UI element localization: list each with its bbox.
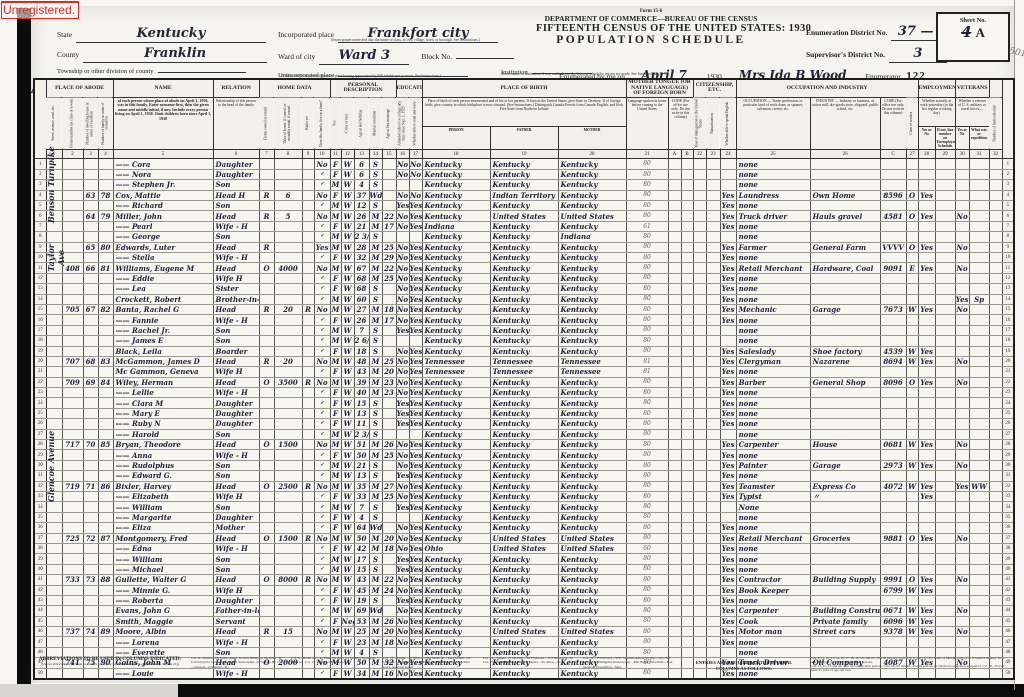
cell-rel: Head H <box>213 190 259 200</box>
cell-ocd <box>880 471 906 481</box>
abbreviation-note: Col. 13—Single....S Married....M Widowed… <box>483 656 578 669</box>
cell-o: O <box>259 533 274 543</box>
cell-ind <box>810 315 880 325</box>
cell-ul <box>935 523 955 533</box>
cell-ul <box>935 502 955 512</box>
cell-am <box>382 294 396 304</box>
cell-v <box>274 491 302 501</box>
cell-wk: Yes <box>918 481 935 491</box>
cell-v <box>274 325 302 335</box>
cell-am: 24 <box>382 585 396 595</box>
cell-cl <box>906 336 918 346</box>
cell-nm: —— Michael <box>113 564 213 574</box>
cell-pb: Kentucky <box>422 419 490 429</box>
cell-s <box>396 512 409 522</box>
cell-fn <box>989 388 1002 398</box>
cell-nm: —— Lorena <box>113 637 213 647</box>
cell-pf: Kentucky <box>490 346 558 356</box>
column-number: 3 <box>83 150 98 159</box>
cell-s <box>396 429 409 439</box>
cell-dw <box>83 512 98 522</box>
cell-pm: Kentucky <box>558 284 626 294</box>
cell-ln: 36 <box>34 523 46 533</box>
cell-am <box>382 460 396 470</box>
cell-a: 64 <box>354 523 369 533</box>
cell-en: Yes <box>720 315 736 325</box>
cell-occ: none <box>736 543 810 553</box>
cell-fm: ✓ <box>314 616 330 626</box>
cell-s: Yes <box>396 408 409 418</box>
cell-ul <box>935 180 955 190</box>
cell-m: S <box>369 419 382 429</box>
cell-c: W <box>341 180 354 190</box>
cell-c: W <box>341 294 354 304</box>
cell-cd: 80 <box>626 460 668 470</box>
cell-s: No <box>396 221 409 231</box>
cell-ra <box>302 336 314 346</box>
column-header-h: House number (in cities or towns) <box>62 97 83 150</box>
cell-rel: Wife - H <box>213 253 259 263</box>
cell-cl <box>906 564 918 574</box>
street-name: Taylor Ave <box>46 237 60 279</box>
group-header: MOTHER TONGUE (OR NATIVE LANGUAGE) OF FO… <box>626 79 693 97</box>
cell-rd: No <box>409 159 422 169</box>
cell-pb: Kentucky <box>422 575 490 585</box>
cell-f <box>98 523 113 533</box>
abbreviations-title: ABBREVIATIONS TO BE USED IN COLUMNS INDI… <box>35 656 185 666</box>
cell-vt <box>955 346 969 356</box>
cell-wr <box>969 180 989 190</box>
cell-s: No <box>396 440 409 450</box>
cell-m: M <box>369 575 382 585</box>
cell-ocd <box>880 408 906 418</box>
cell-a: 51 <box>354 440 369 450</box>
cell-wr <box>969 201 989 211</box>
cell-im <box>693 201 706 211</box>
cell-wk: Yes <box>918 606 935 616</box>
cell-f: 85 <box>98 440 113 450</box>
cell-cl <box>906 491 918 501</box>
cell-cd: 81 <box>626 356 668 366</box>
cell-nm: Edwards, Luter <box>113 242 213 252</box>
cell-v <box>274 180 302 190</box>
cell-na <box>706 284 720 294</box>
cell-na <box>706 232 720 242</box>
cell-rel: Head <box>213 242 259 252</box>
cell-en: Yes <box>720 304 736 314</box>
cell-ln: 12 <box>34 273 46 283</box>
cell-sx: F <box>330 221 341 231</box>
cell-h <box>62 180 83 190</box>
cell-cb <box>681 242 693 252</box>
cell-ra <box>302 169 314 179</box>
cell-pb: Kentucky <box>422 159 490 169</box>
cell-na <box>706 523 720 533</box>
cell-im <box>693 502 706 512</box>
cell-wr <box>969 637 989 647</box>
cell-en: Yes <box>720 273 736 283</box>
cell-wk <box>918 512 935 522</box>
cell-wk <box>918 180 935 190</box>
column-header-dw: Number of dwelling house in order of vis… <box>83 97 98 150</box>
cell-wk: Yes <box>918 533 935 543</box>
cell-ca <box>668 315 681 325</box>
cell-fm: No <box>314 481 330 491</box>
cell-en: Yes <box>720 564 736 574</box>
cell-h <box>62 606 83 616</box>
cell-s: Yes <box>396 564 409 574</box>
cell-pb: Kentucky <box>422 637 490 647</box>
cell-cb <box>681 450 693 460</box>
cell-rel: Wife - H <box>213 315 259 325</box>
cell-en: Yes <box>720 533 736 543</box>
line-number-header <box>34 79 46 159</box>
county-label: County <box>57 50 79 59</box>
cell-ul <box>935 575 955 585</box>
cell-h: 733 <box>62 575 83 585</box>
cell-rel: Wife H <box>213 491 259 501</box>
cell-pf: Kentucky <box>490 481 558 491</box>
cell-cd: 80 <box>626 575 668 585</box>
cell-wr <box>969 575 989 585</box>
cell-vt <box>955 450 969 460</box>
cell-st <box>46 346 62 356</box>
cell-fn <box>989 315 1002 325</box>
cell-ind <box>810 637 880 647</box>
cell-rd: Yes <box>409 450 422 460</box>
cell-s: No <box>396 481 409 491</box>
census-row: 8—— GeorgeSon✓MW2 3/12SKentuckyKentuckyI… <box>34 232 1014 242</box>
cell-ra <box>302 242 314 252</box>
cell-s: No <box>396 575 409 585</box>
cell-rd: Yes <box>409 263 422 273</box>
cell-sx: M <box>330 336 341 346</box>
cell-ocd <box>880 637 906 647</box>
cell-nm: Montgomery, Fred <box>113 533 213 543</box>
cell-m: S <box>369 336 382 346</box>
cell-wk <box>918 273 935 283</box>
cell-rel: Boarder <box>213 346 259 356</box>
group-header: EMPLOYMENT <box>918 79 955 97</box>
cell-h <box>62 471 83 481</box>
cell-na <box>706 263 720 273</box>
cell-v <box>274 169 302 179</box>
ward-label: Ward of city <box>278 52 315 61</box>
group-header: RELATION <box>213 79 259 97</box>
cell-sx: F <box>330 637 341 647</box>
cell-dw <box>83 180 98 190</box>
cell-wr <box>969 627 989 637</box>
cell-pm: Kentucky <box>558 481 626 491</box>
cell-m: M <box>369 315 382 325</box>
cell-dw <box>83 253 98 263</box>
cell-rel: Head <box>213 304 259 314</box>
cell-pf: Kentucky <box>490 294 558 304</box>
cell-ocd <box>880 450 906 460</box>
cell-pf: Kentucky <box>490 263 558 273</box>
cell-im <box>693 429 706 439</box>
cell-im <box>693 585 706 595</box>
entries-note: Cols. 6, 11, 12, 13, 14, 16, 17, 18, 19,… <box>810 656 1010 664</box>
cell-fm: ✓ <box>314 595 330 605</box>
cell-f <box>98 606 113 616</box>
cell-m: Wd <box>369 190 382 200</box>
cell-f <box>98 408 113 418</box>
cell-ul <box>935 595 955 605</box>
column-number: 28 <box>918 150 935 159</box>
entries-note: Cols. 21, 22, 23, and 24—For all foreign… <box>810 664 1010 672</box>
census-row: 17—— Rachel Jr.Son✓MW7SYesYesKentuckyKen… <box>34 325 1014 335</box>
cell-im <box>693 232 706 242</box>
cell-ocd <box>880 419 906 429</box>
census-row: 36—— ElizaMother✓FW64WdNoYesKentuckyKent… <box>34 523 1014 533</box>
cell-cb <box>681 159 693 169</box>
cell-wk <box>918 294 935 304</box>
cell-rd: Yes <box>409 294 422 304</box>
cell-en <box>720 429 736 439</box>
census-row: 3—— Stephen Jr.Son✓MW4SKentuckyKentuckyK… <box>34 180 1014 190</box>
cell-ul <box>935 564 955 574</box>
cell-cd: 80 <box>626 284 668 294</box>
cell-v <box>274 637 302 647</box>
cell-s <box>396 336 409 346</box>
cell-vt <box>955 564 969 574</box>
cell-ln: 21 <box>34 367 46 377</box>
cell-f <box>98 512 113 522</box>
cell-cl <box>906 367 918 377</box>
cell-nm: —— Rudolphus <box>113 460 213 470</box>
cell-en: Yes <box>720 356 736 366</box>
cell-pb: Tennessee <box>422 367 490 377</box>
group-header: PLACE OF BIRTH <box>422 79 626 97</box>
cell-cb <box>681 481 693 491</box>
cell-h: 709 <box>62 377 83 387</box>
cell-ra <box>302 273 314 283</box>
cell-ul <box>935 315 955 325</box>
column-number: 11 <box>330 150 341 159</box>
cell-na <box>706 419 720 429</box>
cell-im <box>693 512 706 522</box>
cell-h <box>62 284 83 294</box>
cell-occ: Retail Merchant <box>736 533 810 543</box>
cell-vt <box>955 253 969 263</box>
cell-cb <box>681 408 693 418</box>
cell-rd: Yes <box>409 315 422 325</box>
cell-rd: Yes <box>409 564 422 574</box>
cell-rel: Son <box>213 232 259 242</box>
cell-wk <box>918 637 935 647</box>
cell-occ: Teamster <box>736 481 810 491</box>
census-row: 114086681Williams, Eugene MHeadO4000NoMW… <box>34 263 1014 273</box>
cell-m: Wd <box>369 523 382 533</box>
schedule-title: POPULATION SCHEDULE <box>536 34 766 46</box>
census-row: 30—— RudolphusSon✓MW21SNoYesKentuckyKent… <box>34 460 1014 470</box>
cell-am <box>382 398 396 408</box>
cell-ocd <box>880 253 906 263</box>
cell-pf: Kentucky <box>490 388 558 398</box>
cell-m: M <box>369 388 382 398</box>
cell-occ: none <box>736 294 810 304</box>
cell-ind <box>810 232 880 242</box>
cell-o: R <box>259 356 274 366</box>
cell-im <box>693 169 706 179</box>
cell-nm: —— Pearl <box>113 221 213 231</box>
cell-rd: Yes <box>409 637 422 647</box>
column-number: 4 <box>98 150 113 159</box>
cell-im <box>693 460 706 470</box>
cell-dw <box>83 554 98 564</box>
cell-nm: —— Rachel Jr. <box>113 325 213 335</box>
cell-ind: Building Construction <box>810 606 880 616</box>
cell-cd: 80 <box>626 491 668 501</box>
cell-f <box>98 294 113 304</box>
cell-o <box>259 221 274 231</box>
cell-pm: Kentucky <box>558 169 626 179</box>
cell-h <box>62 450 83 460</box>
cell-im <box>693 315 706 325</box>
cell-occ: Saleslady <box>736 346 810 356</box>
cell-a: 2 3/12 <box>354 429 369 439</box>
cell-h <box>62 367 83 377</box>
cell-f: 79 <box>98 211 113 221</box>
cell-na <box>706 388 720 398</box>
cell-cd: 80 <box>626 606 668 616</box>
abbreviations-subtitle: (Use no abbreviation for State or countr… <box>35 662 185 666</box>
cell-st <box>46 533 62 543</box>
cell-na <box>706 221 720 231</box>
cell-h: 717 <box>62 440 83 450</box>
cell-cd: 80 <box>626 294 668 304</box>
cell-vt <box>955 367 969 377</box>
cell-sx: M <box>330 356 341 366</box>
cell-na <box>706 346 720 356</box>
cell-am <box>382 180 396 190</box>
cell-cd: 80 <box>626 398 668 408</box>
cell-nm: —— Richard <box>113 201 213 211</box>
cell-en <box>720 336 736 346</box>
cell-im <box>693 388 706 398</box>
cell-am <box>382 554 396 564</box>
cell-cb <box>681 460 693 470</box>
cell-ln: 22 <box>34 377 46 387</box>
cell-cd: 80 <box>626 533 668 543</box>
pencil-annotation: 501 <box>1008 46 1024 59</box>
cell-f <box>98 169 113 179</box>
cell-pm: Kentucky <box>558 606 626 616</box>
cell-wk: Yes <box>918 575 935 585</box>
cell-fm: ✓ <box>314 408 330 418</box>
cell-dw <box>83 637 98 647</box>
cell-ocd: 9991 <box>880 575 906 585</box>
cell-am <box>382 346 396 356</box>
cell-am: 25 <box>382 242 396 252</box>
cell-rel: Head <box>213 263 259 273</box>
cell-rel: Father-in-law <box>213 606 259 616</box>
cell-s: No <box>396 304 409 314</box>
cell-en: Yes <box>720 201 736 211</box>
cell-rd: Yes <box>409 491 422 501</box>
cell-fm: ✓ <box>314 606 330 616</box>
cell-sx: F <box>330 388 341 398</box>
cell-fn <box>989 564 1002 574</box>
cell-m: S <box>369 471 382 481</box>
cell-cb <box>681 512 693 522</box>
group-header: PERSONAL DESCRIPTION <box>330 79 396 97</box>
cell-pm: Kentucky <box>558 398 626 408</box>
cell-fm: ✓ <box>314 429 330 439</box>
column-number: A <box>668 150 681 159</box>
cell-dw <box>83 325 98 335</box>
unregistered-watermark: Unregistered. <box>1 1 79 19</box>
cell-sx: F <box>330 284 341 294</box>
cell-pb: Kentucky <box>422 585 490 595</box>
cell-cb <box>681 543 693 553</box>
cell-ind <box>810 336 880 346</box>
cell-sx: M <box>330 606 341 616</box>
cell-pf: Kentucky <box>490 232 558 242</box>
cell-s: No <box>396 294 409 304</box>
cell-h <box>62 211 83 221</box>
cell-pf: Kentucky <box>490 585 558 595</box>
cell-o <box>259 512 274 522</box>
cell-pf: Kentucky <box>490 315 558 325</box>
cell-fn <box>989 325 1002 335</box>
cell-fn <box>989 284 1002 294</box>
cell-s: No <box>396 315 409 325</box>
cell-h <box>62 564 83 574</box>
cell-ca <box>668 502 681 512</box>
cell-st <box>46 367 62 377</box>
cell-sx: F <box>330 543 341 553</box>
cell-rd <box>409 336 422 346</box>
cell-wr <box>969 221 989 231</box>
cell-ocd: 0681 <box>880 440 906 450</box>
cell-ra <box>302 201 314 211</box>
cell-pf: United States <box>490 627 558 637</box>
cell-dw <box>83 201 98 211</box>
cell-cb <box>681 502 693 512</box>
cell-a: 15 <box>354 398 369 408</box>
census-row: 2—— NoraDaughter✓FW6SNoNoKentuckyKentuck… <box>34 169 1014 179</box>
cell-vt <box>955 388 969 398</box>
cell-cb <box>681 471 693 481</box>
cell-ca <box>668 284 681 294</box>
cell-ca <box>668 408 681 418</box>
cell-c: W <box>341 554 354 564</box>
cell-ln: 7 <box>34 221 46 231</box>
cell-am: 25 <box>382 356 396 366</box>
scan-bottom-left-strip <box>0 684 178 697</box>
cell-im <box>693 616 706 626</box>
cell-ra <box>302 408 314 418</box>
cell-v: 8000 <box>274 575 302 585</box>
cell-ln: 40 <box>1002 564 1014 574</box>
cell-h <box>62 460 83 470</box>
cell-ocd: 9881 <box>880 533 906 543</box>
cell-im <box>693 263 706 273</box>
cell-cb <box>681 284 693 294</box>
cell-f <box>98 502 113 512</box>
cell-h <box>62 388 83 398</box>
cell-a: 17 <box>354 554 369 564</box>
cell-f <box>98 429 113 439</box>
cell-st <box>46 554 62 564</box>
cell-f <box>98 388 113 398</box>
cell-wk <box>918 564 935 574</box>
cell-rel: Head <box>213 377 259 387</box>
cell-rd: Yes <box>409 346 422 356</box>
cell-pf: Kentucky <box>490 606 558 616</box>
